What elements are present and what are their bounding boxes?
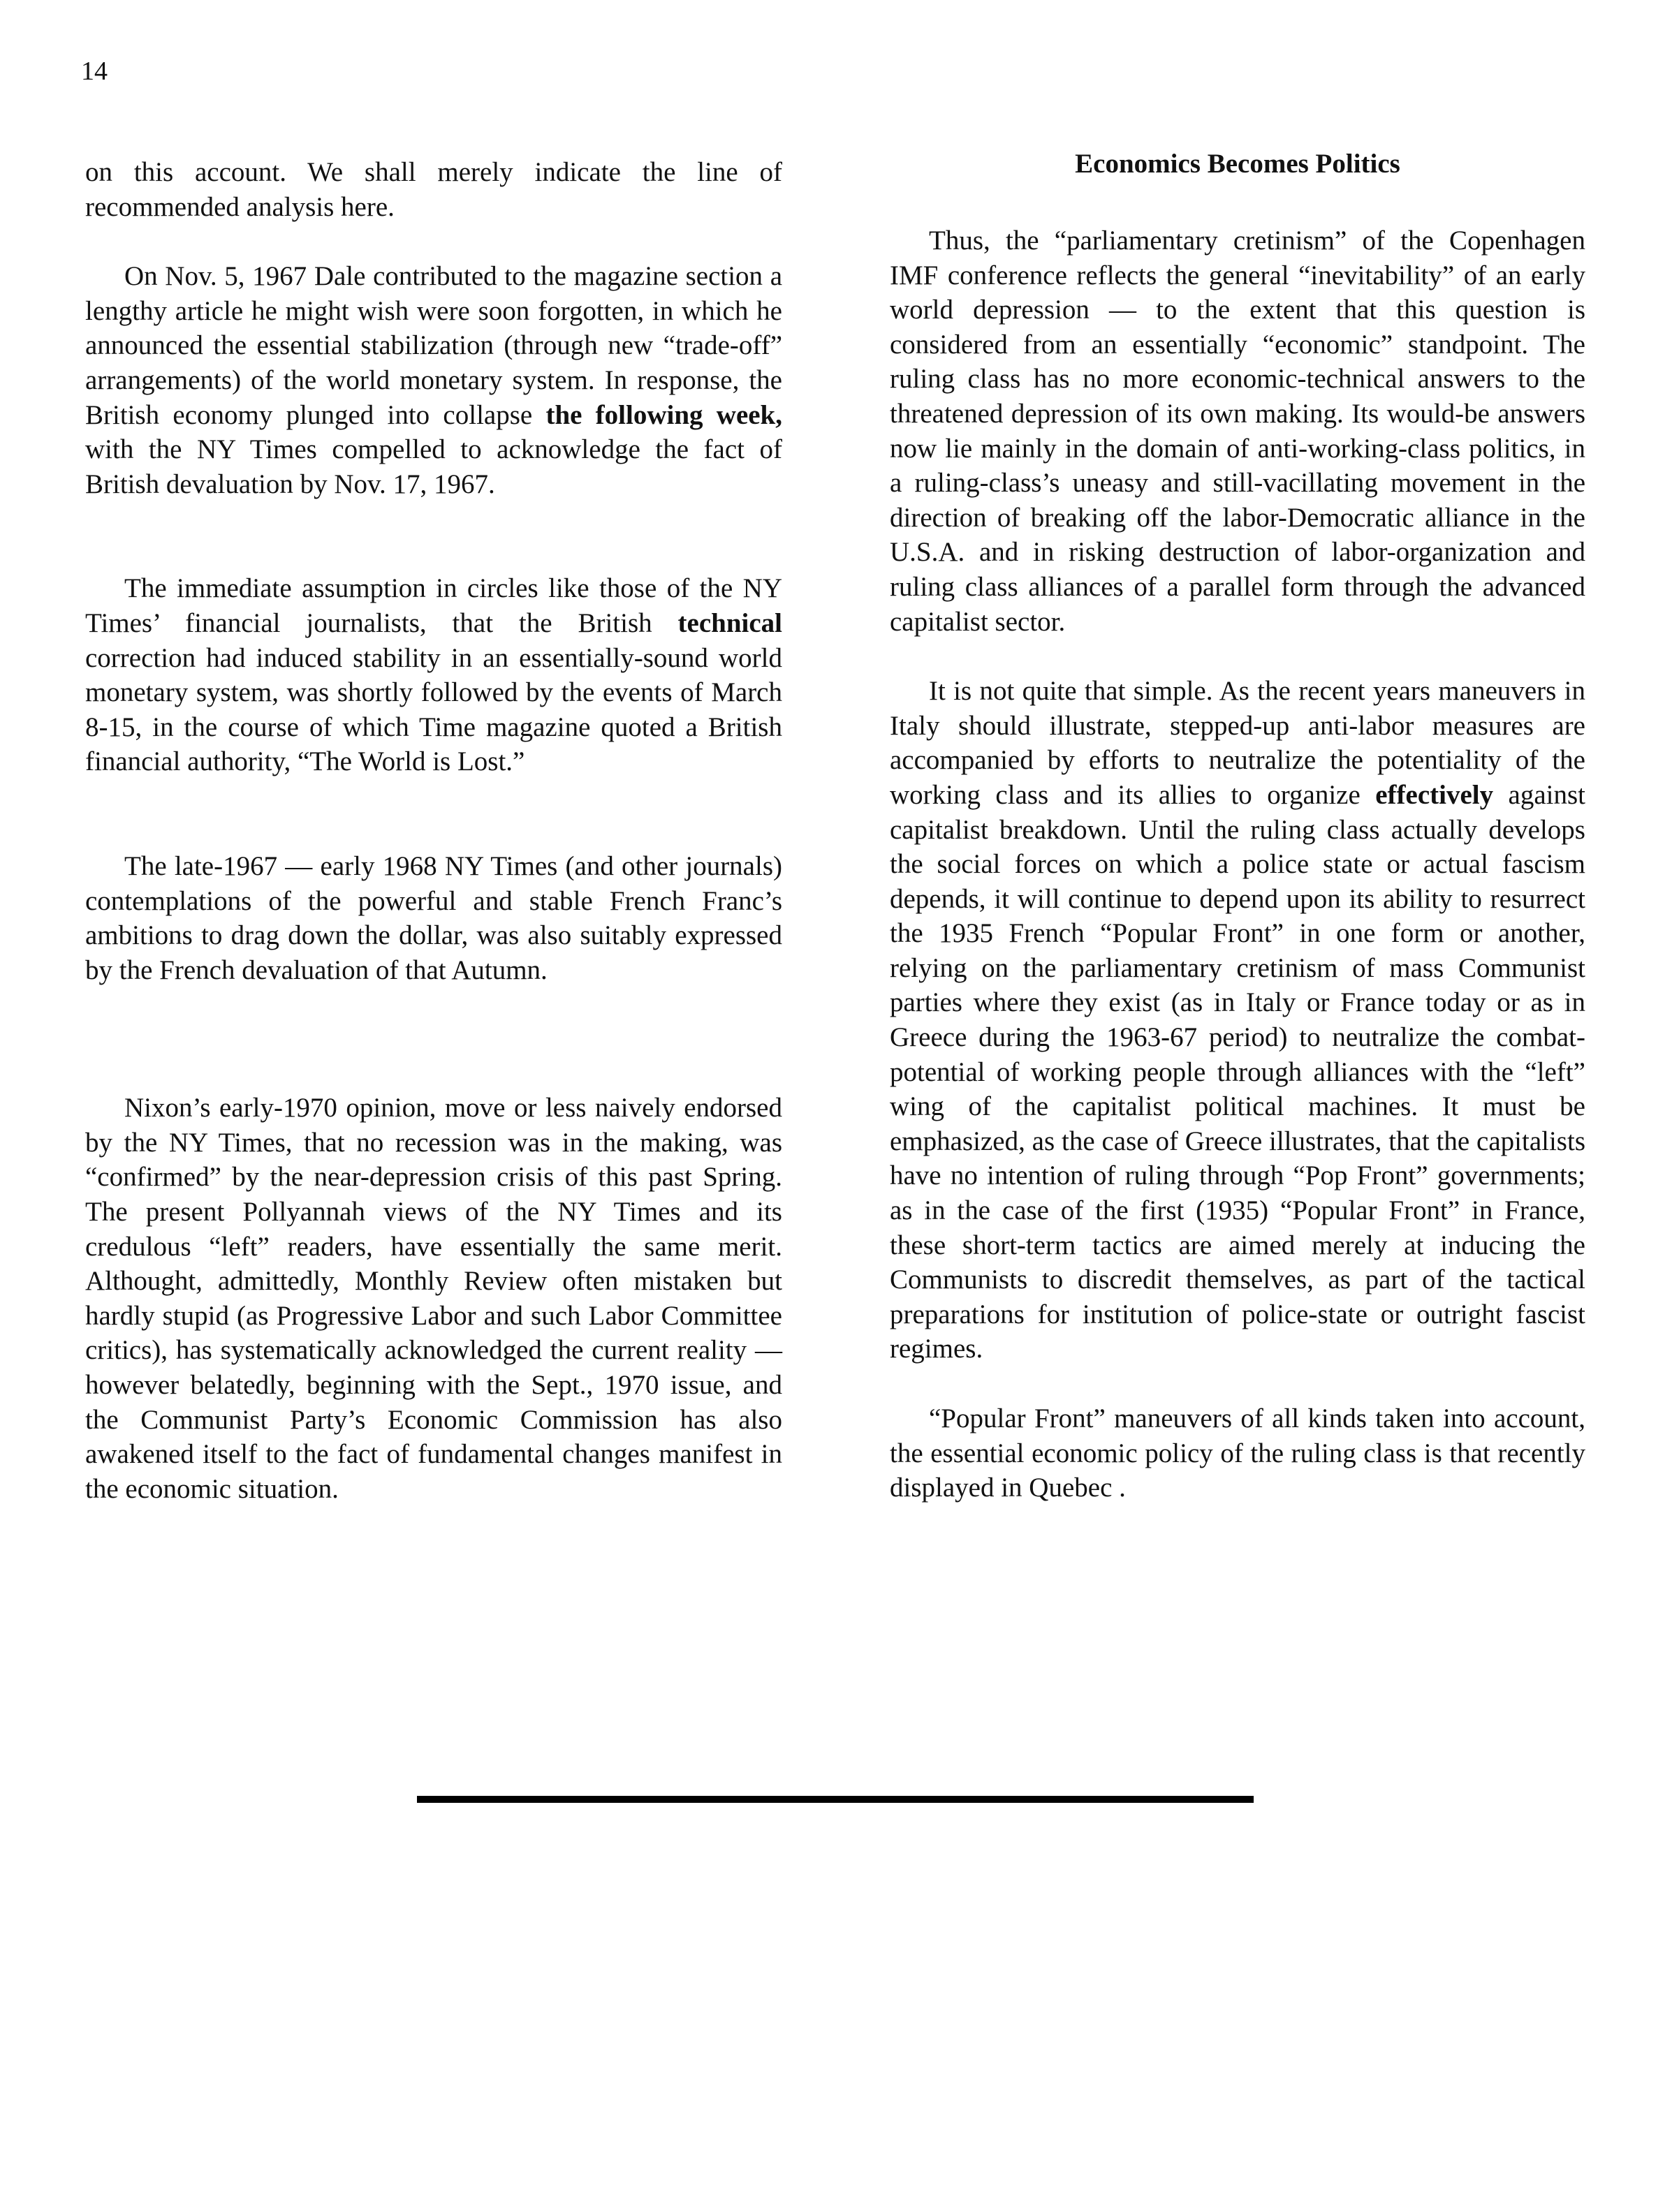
left-column: on this account. We shall merely indicat… (85, 155, 782, 1506)
emphasis-technical: technical (678, 608, 782, 638)
paragraph-not-that-simple: It is not quite that simple. As the rece… (890, 674, 1585, 1366)
paragraph-spacer (85, 987, 782, 1091)
paragraph-popular-front: “Popular Front” maneuvers of all kinds t… (890, 1401, 1585, 1505)
paragraph-spacer (85, 779, 782, 849)
paragraph-spacer (85, 501, 782, 571)
right-column: Economics Becomes Politics Thus, the “pa… (890, 148, 1585, 1505)
paragraph-spacer (890, 639, 1585, 674)
emphasis-following-week: the following week, (545, 400, 782, 430)
paragraph-dale-article: On Nov. 5, 1967 Dale contributed to the … (85, 259, 782, 501)
paragraph-spacer (890, 1366, 1585, 1401)
page-number: 14 (81, 57, 108, 85)
horizontal-rule (417, 1796, 1254, 1803)
paragraph-nixon-opinion: Nixon’s early-1970 opinion, move or less… (85, 1091, 782, 1506)
paragraph-french-franc: The late-1967 — early 1968 NY Times (and… (85, 849, 782, 987)
paragraph-spacer (85, 224, 782, 259)
heading-spacer (890, 180, 1585, 223)
paragraph-immediate-assumption: The immediate assumption in circles like… (85, 571, 782, 779)
paragraph-parliamentary-cretinism: Thus, the “parliamentary cretinism” of t… (890, 223, 1585, 639)
section-heading: Economics Becomes Politics (890, 148, 1585, 180)
emphasis-effectively: effectively (1375, 780, 1493, 810)
paragraph-continuation: on this account. We shall merely indicat… (85, 155, 782, 224)
